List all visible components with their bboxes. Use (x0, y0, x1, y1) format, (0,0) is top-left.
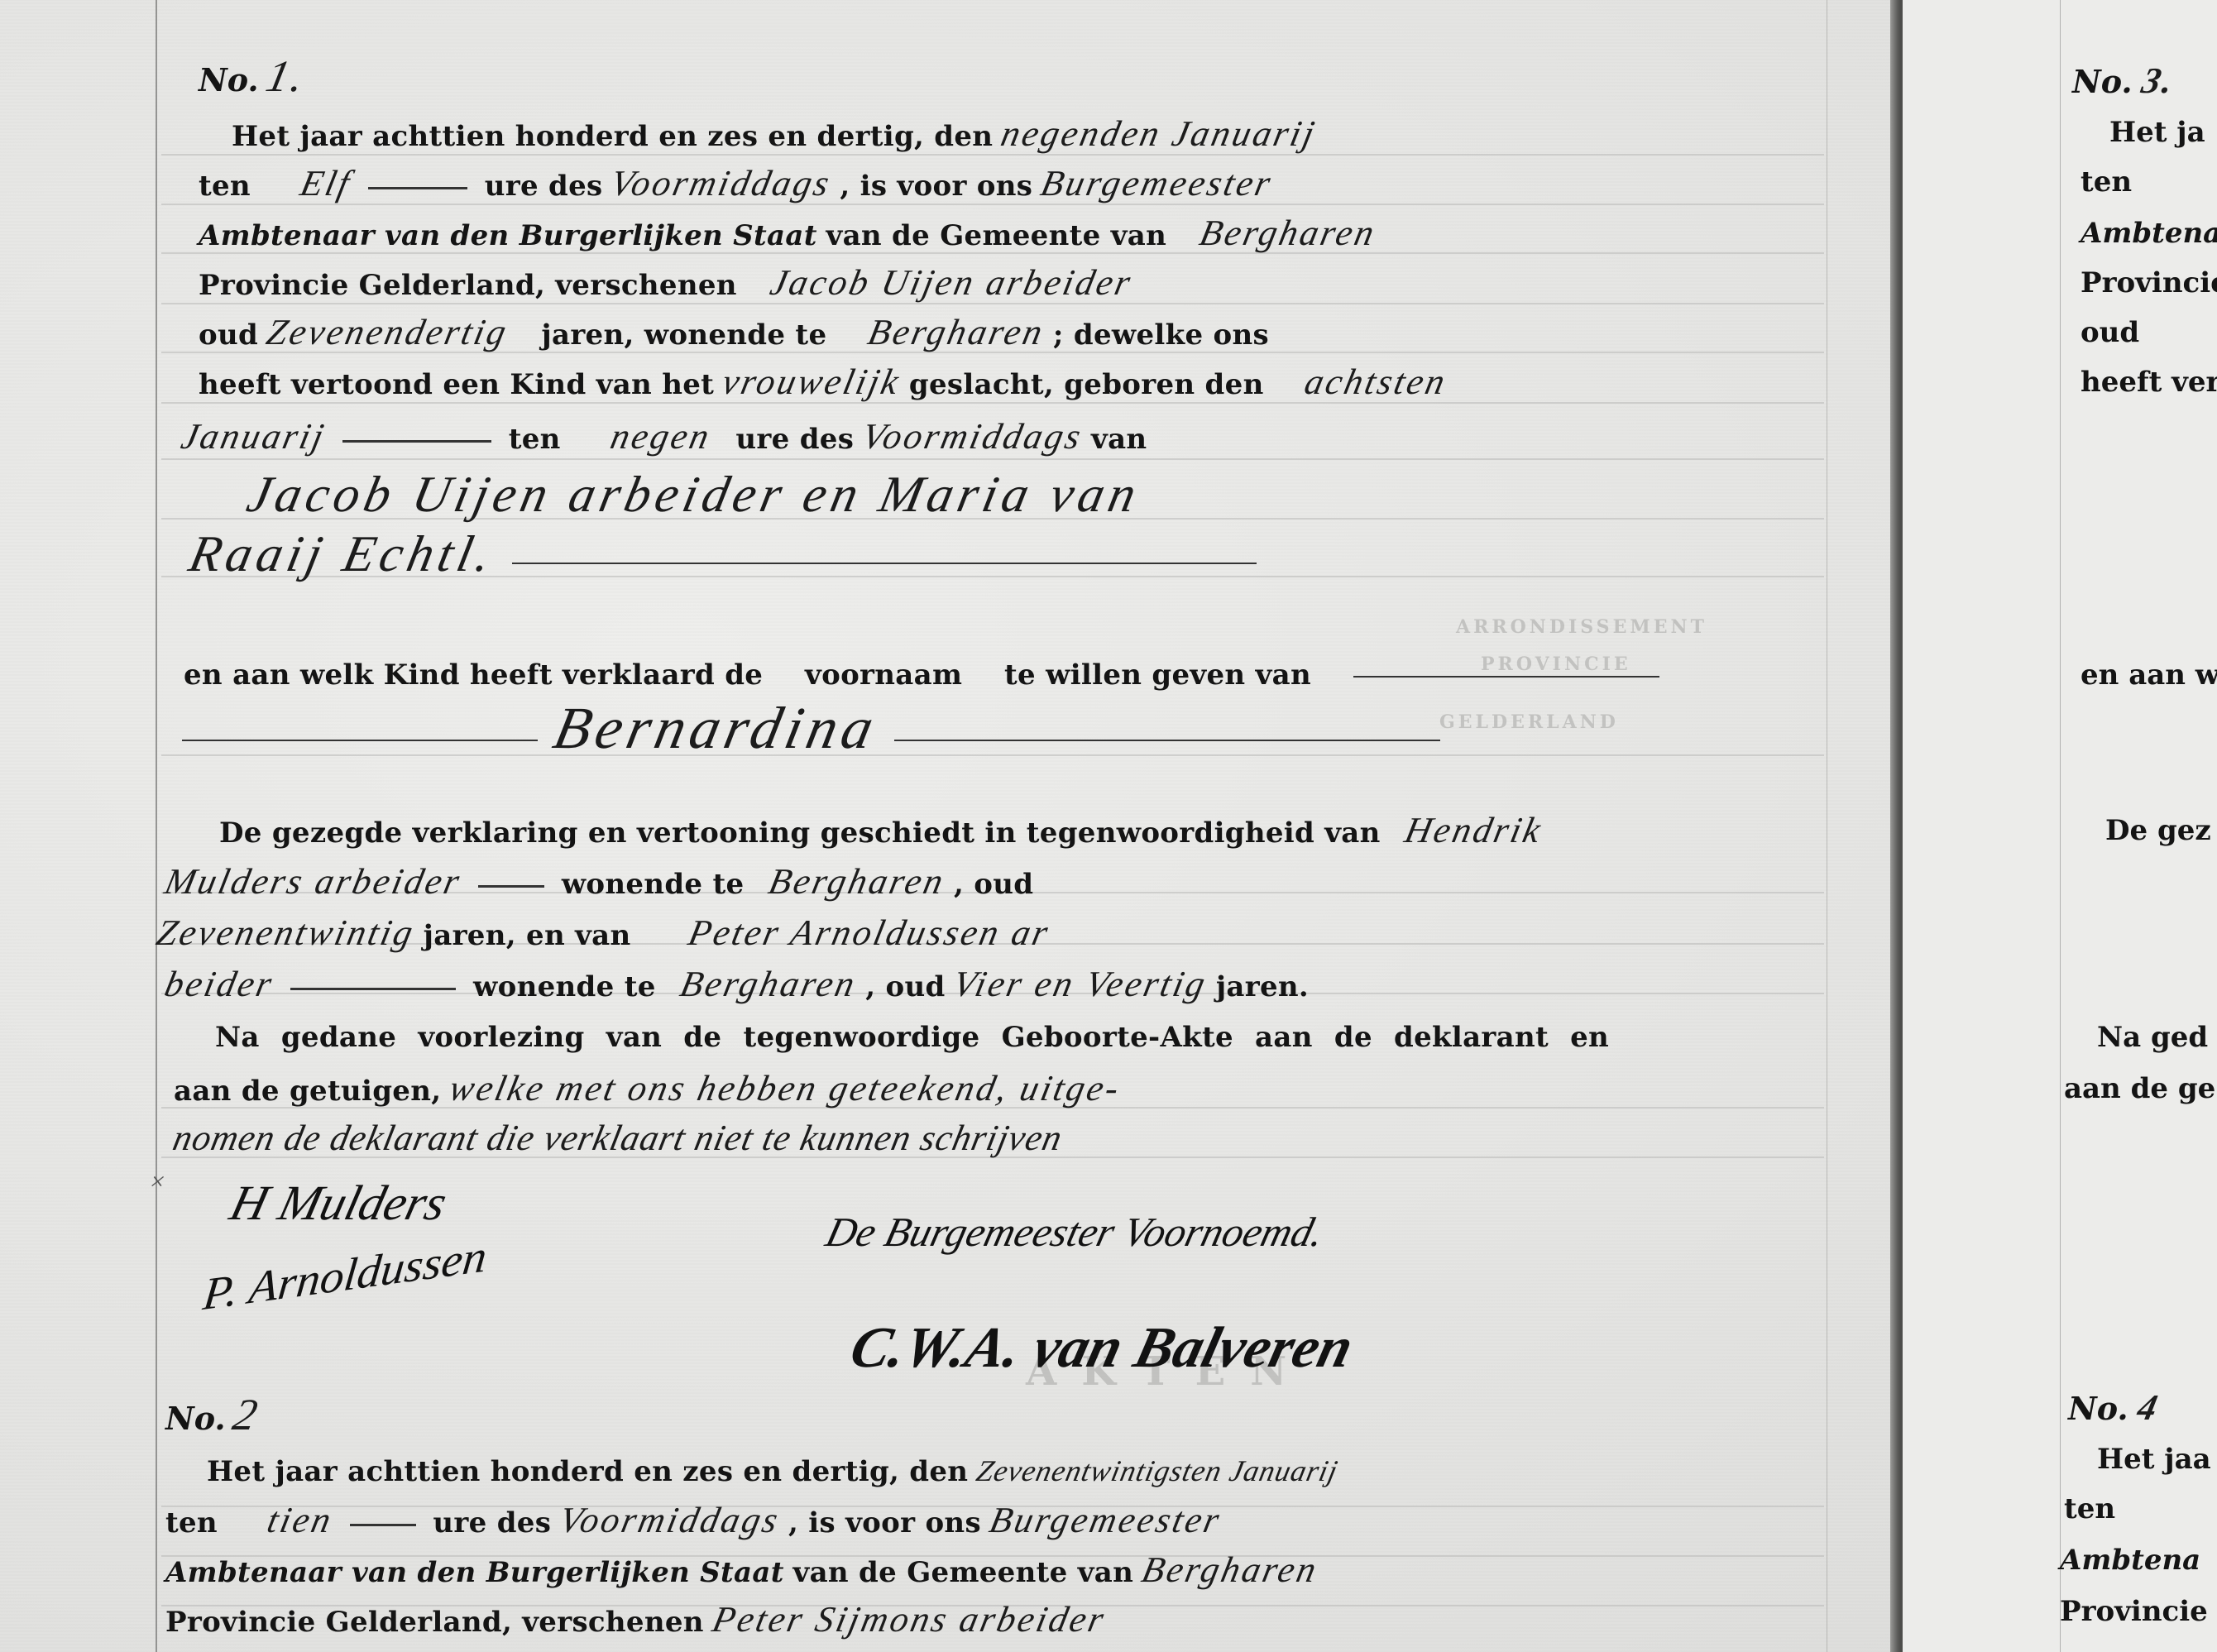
printed-text: jaren. (1216, 970, 1309, 1003)
handwritten-municipality: Bergharen (1197, 217, 1379, 250)
printed-text: van (1091, 423, 1147, 456)
record1-line-17: aan de getuigen, welke met ons hebben ge… (174, 1072, 1121, 1108)
printed-text: van de Gemeente van (826, 219, 1167, 252)
ruled-line (161, 402, 1824, 404)
bleed-through-text: GELDERLAND (1439, 711, 1619, 733)
record-number-label: No. (2068, 1390, 2128, 1427)
record1-line-14: Zevenentwintig jaren, en van Peter Arnol… (157, 917, 1050, 952)
record1-line-7: Januarij ten negen ure des Voormiddags v… (182, 420, 1147, 456)
record1-line-8: Jacob Uijen arbeider en Maria van (248, 478, 1140, 519)
bleed-through-text: ARRONDISSEMENT (1456, 616, 1707, 638)
record1-line-11: Bernardina (174, 711, 1448, 755)
handwritten-witness-2: Peter Arnoldussen ar (686, 917, 1053, 950)
filler-dash (182, 740, 538, 741)
handwritten-parents-continued: Raaij Echtl. (187, 538, 499, 571)
printed-text-fragment: Ambtena (2081, 217, 2217, 250)
handwritten-time-of-day: Voormiddags (557, 1504, 783, 1537)
printed-text: ; dewelke ons (1053, 318, 1269, 352)
printed-text: wonende te (562, 868, 745, 901)
printed-text: ure des (433, 1506, 551, 1539)
printed-text: Het jaar achttien honderd en zes en dert… (207, 1455, 968, 1488)
ruled-line (161, 204, 1824, 205)
filler-dash (1353, 676, 1659, 678)
printed-text-fragment: ten (2081, 165, 2132, 199)
handwritten-signing-clause-continued: nomen de deklarant die verklaart niet te… (170, 1122, 1065, 1155)
filler-dash (368, 187, 467, 189)
filler-dash (894, 740, 1440, 741)
signature-witness-2: P. Arnoldussen (200, 1230, 489, 1321)
printed-text-fragment: Provincie (2060, 1595, 2208, 1628)
handwritten-birth-month: Januarij (179, 420, 329, 453)
margin-rule-right-page (2060, 0, 2061, 1652)
ruled-line (161, 252, 1824, 254)
printed-text: ten (509, 423, 561, 456)
printed-text-fragment: aan de ge (2064, 1072, 2215, 1105)
printed-text: voornaam (805, 658, 962, 692)
handwritten-birth-hour: negen (607, 420, 714, 453)
printed-text: , is voor ons (840, 170, 1032, 203)
filler-dash (290, 988, 456, 990)
handwritten-declarant: Jacob Uijen arbeider (767, 266, 1135, 299)
handwritten-official: Burgemeester (986, 1504, 1223, 1537)
margin-rule-left (156, 0, 157, 1652)
record1-line-16: Na gedane voorlezing van de tegenwoordig… (215, 1021, 1609, 1054)
handwritten-hour: Elf (298, 167, 355, 200)
printed-text-fragment: Het jaa (2097, 1443, 2211, 1476)
record-number-label: No. (199, 61, 259, 98)
printed-text: en aan welk Kind heeft verklaard de (184, 658, 763, 692)
handwritten-sex: vrouwelijk (720, 366, 904, 399)
printed-text: ure des (735, 423, 854, 456)
ruled-line (161, 154, 1824, 156)
ruled-line (161, 458, 1824, 460)
record-number-label: No. (165, 1400, 226, 1437)
printed-text: , oud (865, 970, 945, 1003)
handwritten-age: Zevenendertig (264, 316, 511, 349)
handwritten-age: Zevenentwintig (154, 917, 418, 950)
record2-line-2: ten tien ure des Voormiddags , is voor o… (165, 1504, 1220, 1539)
signature-official: C.W.A. van Balveren (844, 1315, 1359, 1381)
handwritten-age: Vier en Veertig (950, 968, 1210, 1001)
printed-text: ten (199, 170, 251, 203)
printed-text: jaren, en van (424, 919, 631, 952)
printed-text: jaren, wonende te (541, 318, 826, 352)
record2-line-1: Het jaar achttien honderd en zes en dert… (207, 1454, 1338, 1488)
printed-text-fragment: Het ja (2109, 116, 2205, 149)
printed-text: Provincie Gelderland, verschenen (165, 1606, 704, 1639)
record1-line-13: Mulders arbeider wonende te Bergharen , … (165, 865, 1033, 901)
ruled-line (161, 303, 1824, 304)
printed-text-fragment: ten (2064, 1492, 2115, 1525)
printed-text: ure des (485, 170, 603, 203)
printed-text: heeft vertoond een Kind van het (199, 368, 714, 401)
record1-line-12: De gezegde verklaring en vertooning gesc… (219, 814, 1543, 850)
handwritten-parents: Jacob Uijen arbeider en Maria van (245, 478, 1143, 511)
record-number-label: No. (2072, 63, 2133, 100)
handwritten-municipality: Bergharen (1139, 1554, 1321, 1587)
printed-text-fragment: Provincie (2081, 266, 2217, 299)
record1-line-2: ten Elf ure des Voormiddags , is voor on… (199, 167, 1272, 203)
handwritten-time-of-day: Voormiddags (608, 167, 835, 200)
handwritten-birth-day: achtsten (1302, 366, 1450, 399)
printed-text: Na gedane voorlezing van de tegenwoordig… (215, 1021, 1609, 1054)
printed-text: , oud (954, 868, 1033, 901)
handwritten-witness-2-occupation: beider (162, 968, 277, 1001)
record1-line-15: beider wonende te Bergharen , oud Vier e… (165, 968, 1309, 1003)
printed-text: wonende te (473, 970, 656, 1003)
handwritten-witness-1: Hendrik (1402, 814, 1546, 847)
printed-text: De gezegde verklaring en vertooning gesc… (219, 816, 1381, 850)
printed-text: van de Gemeente van (793, 1556, 1134, 1589)
printed-text: geslacht, geboren den (909, 368, 1264, 401)
filler-dash (478, 885, 544, 888)
record-3-number: No. 3. (2072, 60, 2175, 102)
filler-dash (342, 440, 491, 443)
printed-text-fragment: De gez (2105, 814, 2211, 847)
handwritten-witness-1-occupation: Mulders arbeider (162, 865, 465, 898)
record-number: No. 2 (165, 1398, 259, 1437)
filler-dash (512, 563, 1257, 564)
signature-witness-1: H Mulders (224, 1175, 452, 1232)
printed-text: Ambtenaar van den Burgerlijken Staat (165, 1556, 784, 1589)
record1-line-5: oud Zevenendertig jaren, wonende te Berg… (199, 316, 1269, 352)
handwritten-declarant: Peter Sijmons arbeider (709, 1603, 1108, 1636)
handwritten-date: Zevenentwintigsten Januarij (974, 1454, 1341, 1487)
handwritten-time-of-day: Voormiddags (860, 420, 1086, 453)
record2-line-4: Provincie Gelderland, verschenen Peter S… (165, 1603, 1105, 1639)
record1-line-18: nomen de deklarant die verklaart niet te… (174, 1122, 1062, 1157)
printed-text-fragment: oud (2081, 316, 2139, 349)
record2-line-3: Ambtenaar van den Burgerlijken Staat van… (165, 1554, 1318, 1589)
handwritten-given-name: Bernardina (552, 711, 881, 745)
printed-text: Ambtenaar van den Burgerlijken Staat (199, 219, 817, 252)
printed-text: ten (165, 1506, 218, 1539)
printed-text-fragment: Ambtena (2060, 1544, 2200, 1577)
handwritten-date: negenden Januarij (998, 117, 1319, 151)
record1-line-3: Ambtenaar van den Burgerlijken Staat van… (199, 217, 1376, 252)
record-number: No. 1. (199, 60, 306, 98)
printed-text: Provincie Gelderland, verschenen (199, 269, 737, 302)
record1-line-9: Raaij Echtl. (190, 538, 1265, 578)
filler-dash (350, 1524, 416, 1526)
cross-mark-icon: × (146, 1168, 170, 1196)
printed-text-fragment: en aan w (2081, 658, 2217, 692)
record-number-value: 3. (2138, 60, 2179, 102)
record-number-value: 2 (231, 1398, 263, 1431)
printed-text: Het jaar achttien honderd en zes en dert… (232, 120, 993, 153)
margin-rule-right (1827, 0, 1827, 1652)
record1-line-6: heeft vertoond een Kind van het vrouweli… (199, 366, 1447, 401)
handwritten-signing-clause: welke met ons hebben geteekend, uitge- (447, 1072, 1124, 1105)
printed-text: aan de getuigen, (174, 1075, 441, 1108)
printed-text-fragment: Na ged (2097, 1021, 2208, 1054)
record-number-value: 1. (264, 60, 309, 93)
handwritten-official: Burgemeester (1038, 167, 1276, 200)
printed-text-fragment: heeft ver (2081, 366, 2217, 399)
printed-text: te willen geven van (1004, 658, 1311, 692)
record1-line-10: en aan welk Kind heeft verklaard de voor… (184, 658, 1668, 692)
handwritten-hour: tien (265, 1504, 336, 1537)
signature-official-title: De Burgemeester Voornoemd. (821, 1208, 1329, 1256)
left-page: ARRONDISSEMENT PROVINCIE GELDERLAND AKTE… (0, 0, 1894, 1652)
handwritten-residence: Bergharen (678, 968, 860, 1001)
printed-text: oud (199, 318, 258, 352)
record-4-number: No. 4 (2068, 1386, 2159, 1429)
handwritten-residence: Bergharen (766, 865, 948, 898)
printed-text: , is voor ons (788, 1506, 981, 1539)
handwritten-residence: Bergharen (865, 316, 1047, 349)
record1-line-4: Provincie Gelderland, verschenen Jacob U… (199, 266, 1132, 302)
record1-line-1: Het jaar achttien honderd en zes en dert… (232, 117, 1316, 153)
